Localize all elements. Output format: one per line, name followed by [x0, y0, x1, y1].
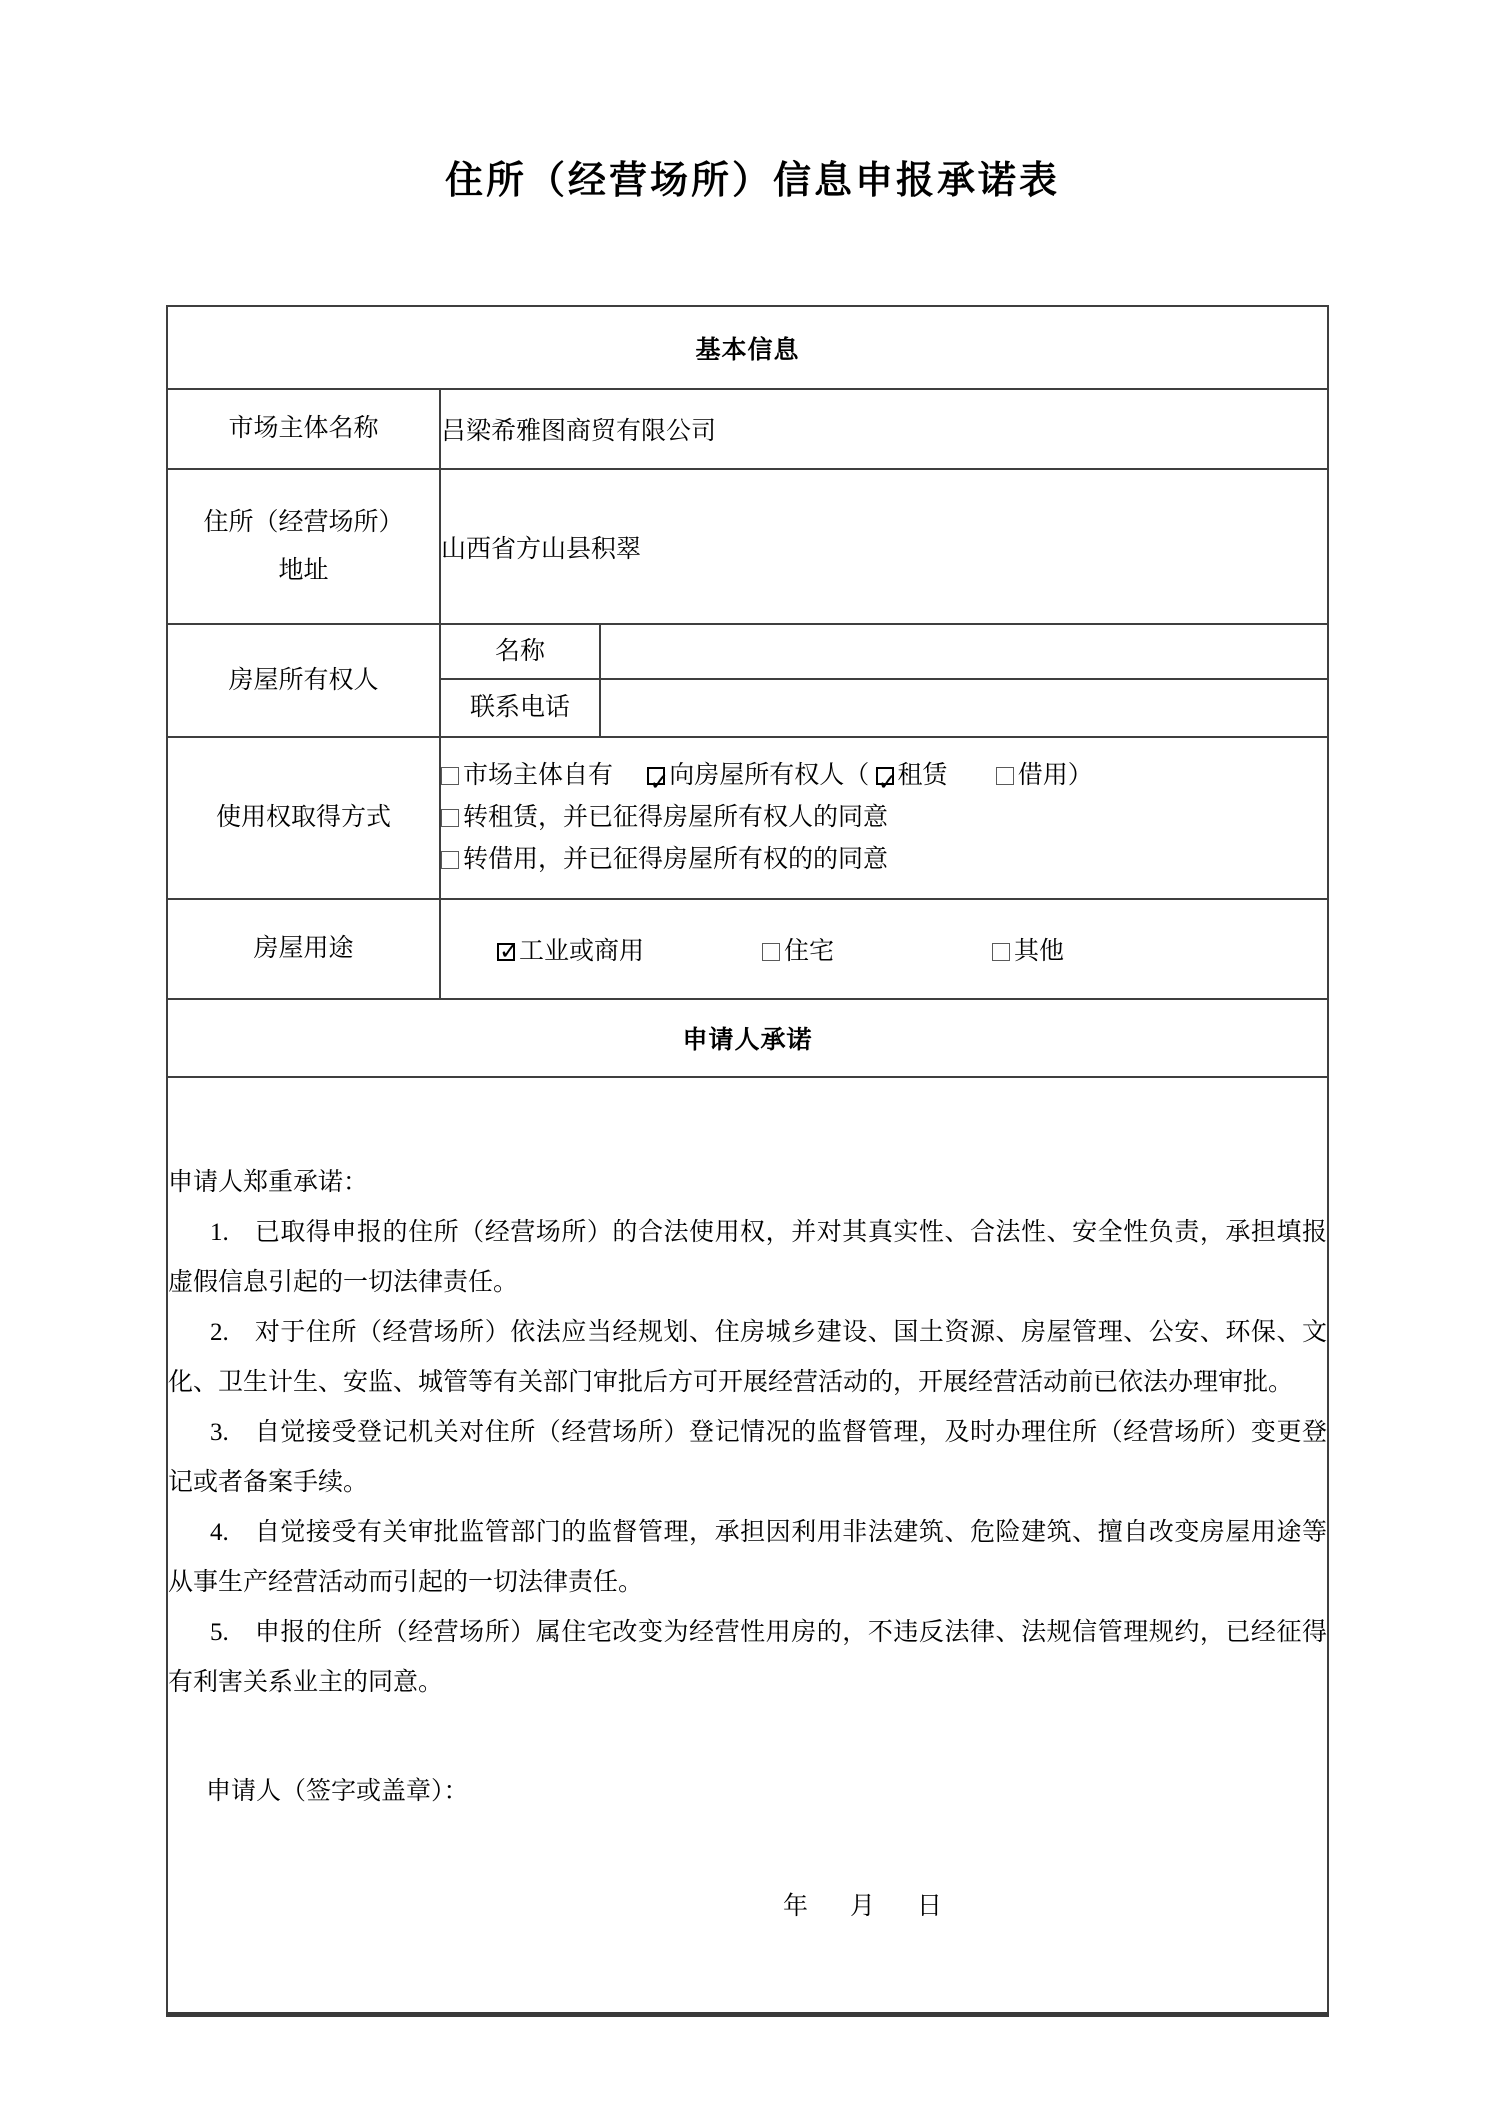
market-entity-label: 市场主体名称 — [167, 389, 440, 469]
section-commitment-header-row: 申请人承诺 — [167, 999, 1328, 1077]
usage-line3: 转借用，并已征得房屋所有权的的同意 — [441, 839, 1327, 881]
table-row-house-purpose: 房屋用途 工业或商用 住宅 其他 — [167, 899, 1328, 999]
section-basic-info-header-row: 基本信息 — [167, 306, 1328, 389]
purpose-option-residential: 住宅 — [784, 938, 834, 965]
document-page: 住所（经营场所）信息申报承诺表 基本信息 市场主体名称 吕梁希雅图商贸有限公司 … — [0, 0, 1505, 2128]
checkbox-from-owner-icon[interactable] — [647, 767, 665, 785]
owner-phone-field[interactable] — [600, 679, 1328, 737]
commitment-intro: 申请人郑重承诺： — [168, 1158, 1327, 1208]
usage-rights-value: 市场主体自有 向房屋所有权人（ 租赁 借用） 转租赁，并已征得房屋所有权人的同意 — [440, 737, 1328, 899]
section-header-commitment: 申请人承诺 — [167, 999, 1328, 1077]
owner-phone-label: 联系电话 — [440, 679, 600, 737]
address-label: 住所（经营场所） 地址 — [167, 469, 440, 624]
commitment-item-4: 4. 自觉接受有关审批监管部门的监督管理，承担因利用非法建筑、危险建筑、擅自改变… — [168, 1508, 1327, 1608]
date-month-label: 月 — [850, 1882, 875, 1932]
date-year-label: 年 — [783, 1882, 808, 1932]
usage-option-lease: 租赁 — [898, 762, 948, 789]
table-row-market-entity: 市场主体名称 吕梁希雅图商贸有限公司 — [167, 389, 1328, 469]
table-row-owner-name: 房屋所有权人 名称 — [167, 624, 1328, 679]
signature-label: 申请人（签字或盖章）： — [206, 1767, 1327, 1817]
commitment-item-2: 2. 对于住所（经营场所）依法应当经规划、住房城乡建设、国土资源、房屋管理、公安… — [168, 1308, 1327, 1408]
checkbox-self-owned-icon[interactable] — [441, 767, 459, 785]
commitment-item-5: 5. 申报的住所（经营场所）属住宅改变为经营性用房的，不违反法律、法规信管理规约… — [168, 1608, 1327, 1708]
checkbox-lease-icon[interactable] — [876, 767, 894, 785]
usage-option-from-owner: 向房屋所有权人（ — [669, 762, 869, 789]
declaration-form-table: 基本信息 市场主体名称 吕梁希雅图商贸有限公司 住所（经营场所） 地址 山西省方… — [166, 305, 1329, 2017]
table-row-usage-rights: 使用权取得方式 市场主体自有 向房屋所有权人（ 租赁 借用） — [167, 737, 1328, 899]
address-label-line2: 地址 — [278, 557, 328, 584]
usage-option-sublease: 转租赁，并已征得房屋所有权人的同意 — [463, 804, 888, 831]
checkbox-sublease-icon[interactable] — [441, 809, 459, 827]
owner-name-field[interactable] — [600, 624, 1328, 679]
page-title: 住所（经营场所）信息申报承诺表 — [0, 0, 1505, 204]
commitment-text-cell: 申请人郑重承诺： 1. 已取得申报的住所（经营场所）的合法使用权，并对其真实性、… — [167, 1077, 1328, 2014]
purpose-option-industrial-commercial: 工业或商用 — [519, 938, 644, 965]
house-purpose-label: 房屋用途 — [167, 899, 440, 999]
owner-label: 房屋所有权人 — [167, 624, 440, 737]
usage-rights-label: 使用权取得方式 — [167, 737, 440, 899]
table-row-address: 住所（经营场所） 地址 山西省方山县积翠 — [167, 469, 1328, 624]
commitment-item-3: 3. 自觉接受登记机关对住所（经营场所）登记情况的监督管理，及时办理住所（经营场… — [168, 1408, 1327, 1508]
market-entity-value: 吕梁希雅图商贸有限公司 — [440, 389, 1328, 469]
checkbox-other-icon[interactable] — [992, 943, 1010, 961]
purpose-option-other: 其他 — [1014, 938, 1064, 965]
checkbox-residential-icon[interactable] — [762, 943, 780, 961]
section-header-basic-info: 基本信息 — [167, 306, 1328, 389]
address-value: 山西省方山县积翠 — [440, 469, 1328, 624]
owner-name-label: 名称 — [440, 624, 600, 679]
date-day-label: 日 — [917, 1882, 942, 1932]
usage-option-borrow: 借用） — [1018, 762, 1093, 789]
usage-option-subborrow: 转借用，并已征得房屋所有权的的同意 — [463, 846, 888, 873]
date-line: 年 月 日 — [783, 1882, 1327, 1932]
checkbox-subborrow-icon[interactable] — [441, 851, 459, 869]
commitment-body-row: 申请人郑重承诺： 1. 已取得申报的住所（经营场所）的合法使用权，并对其真实性、… — [167, 1077, 1328, 2014]
usage-line1: 市场主体自有 向房屋所有权人（ 租赁 借用） — [441, 755, 1327, 797]
checkbox-borrow-icon[interactable] — [996, 767, 1014, 785]
checkbox-industrial-commercial-icon[interactable] — [497, 943, 515, 961]
house-purpose-value: 工业或商用 住宅 其他 — [440, 899, 1328, 999]
usage-line2: 转租赁，并已征得房屋所有权人的同意 — [441, 797, 1327, 839]
commitment-item-1: 1. 已取得申报的住所（经营场所）的合法使用权，并对其真实性、合法性、安全性负责… — [168, 1208, 1327, 1308]
usage-option-self-owned: 市场主体自有 — [463, 762, 613, 789]
address-label-line1: 住所（经营场所） — [203, 509, 403, 536]
